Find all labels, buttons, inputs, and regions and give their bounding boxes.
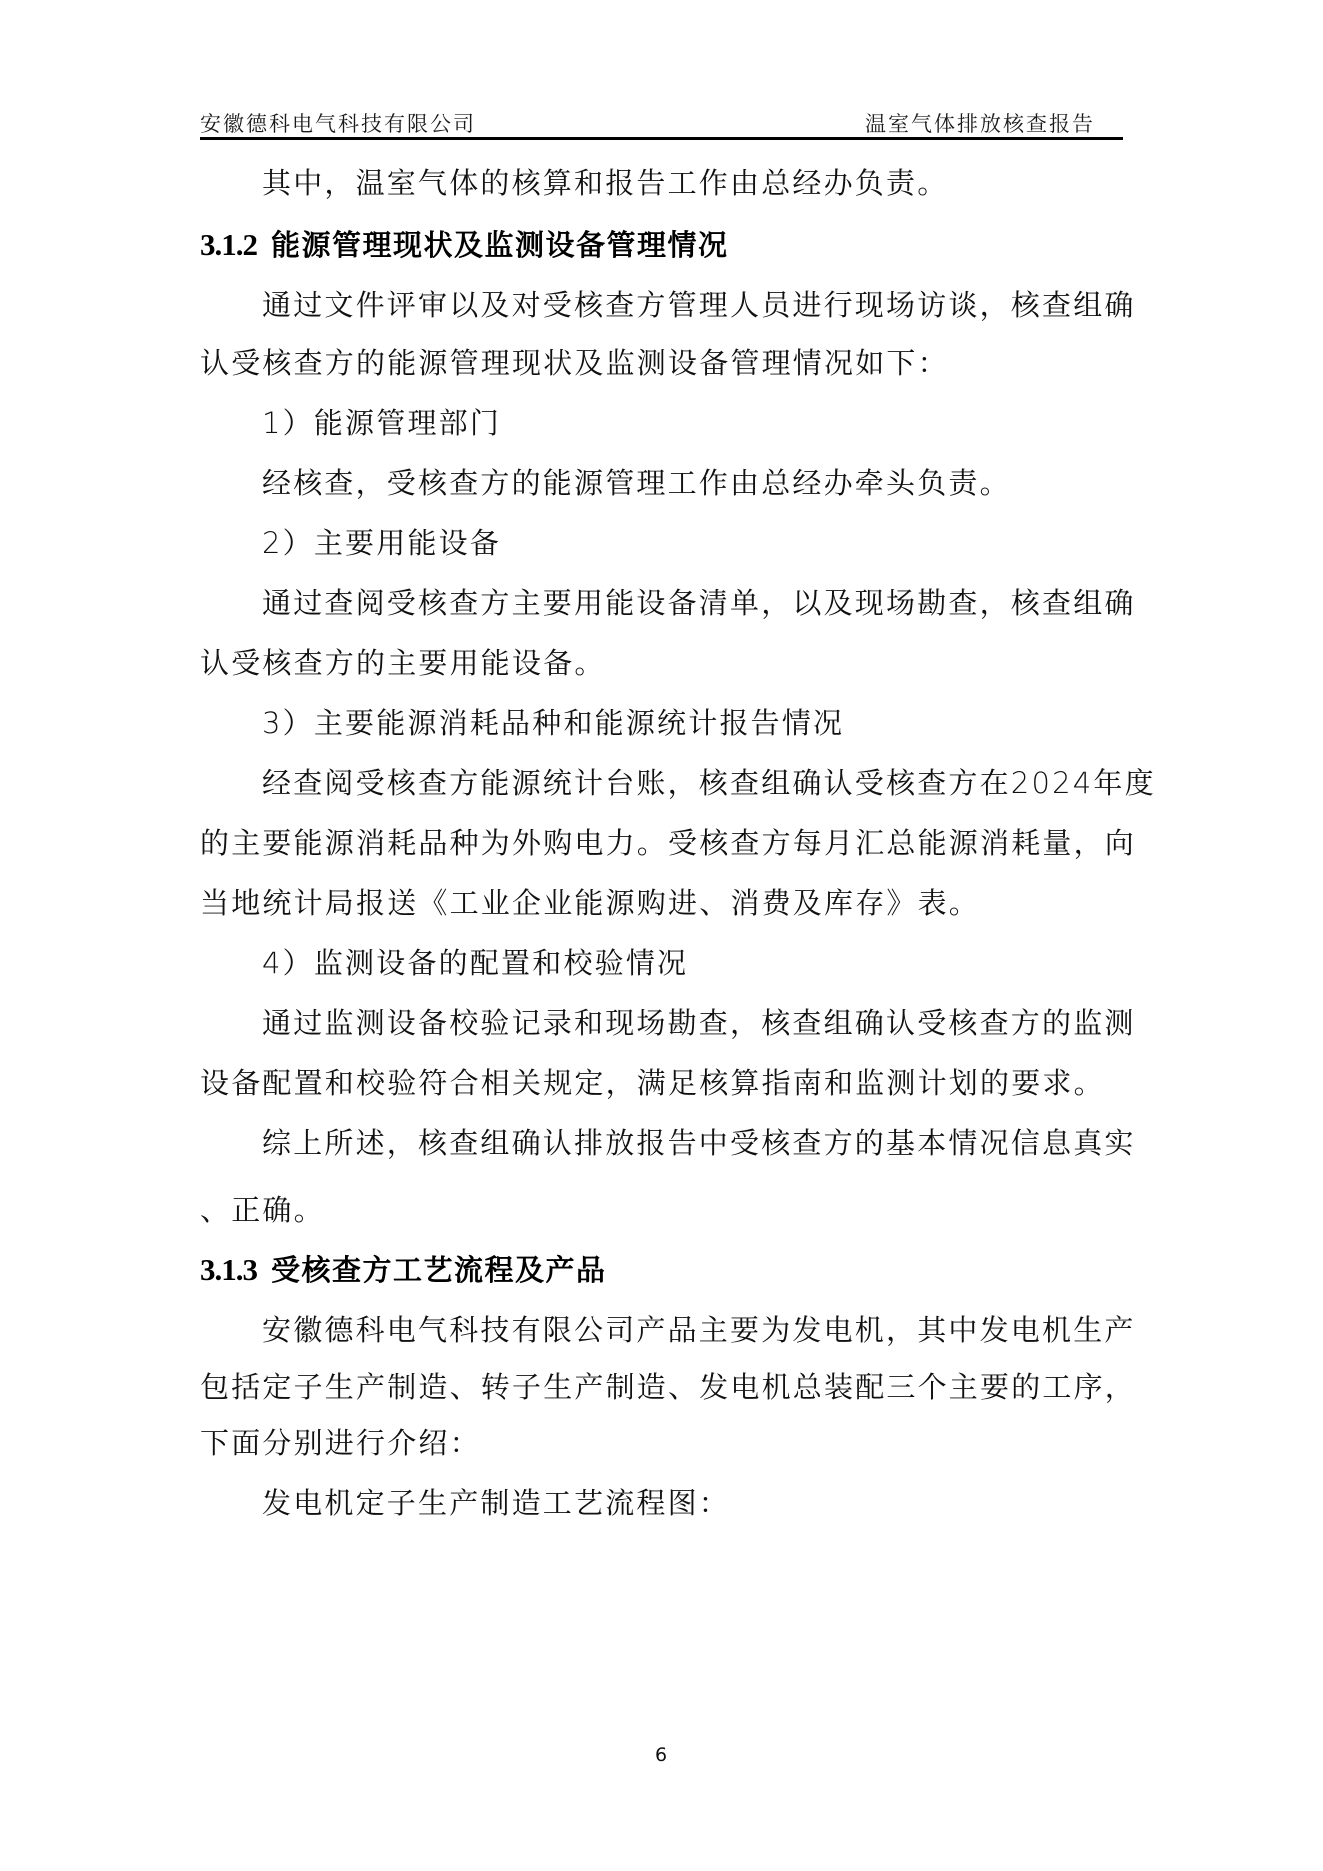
list-item-heading: 2）主要用能设备 bbox=[200, 523, 1123, 563]
section-title: 受核查方工艺流程及产品 bbox=[271, 1253, 607, 1287]
paragraph-line: 安徽德科电气科技有限公司产品主要为发电机，其中发电机生产 bbox=[200, 1310, 1123, 1350]
section-title: 能源管理现状及监测设备管理情况 bbox=[271, 228, 729, 262]
paragraph-line: 通过查阅受核查方主要用能设备清单，以及现场勘查，核查组确 bbox=[200, 583, 1123, 623]
paragraph-line: 其中，温室气体的核算和报告工作由总经办负责。 bbox=[200, 163, 1123, 203]
paragraph-line: 经核查，受核查方的能源管理工作由总经办牵头负责。 bbox=[200, 463, 1123, 503]
section-heading-3-1-2: 3.1.2能源管理现状及监测设备管理情况 bbox=[200, 225, 729, 265]
paragraph-line: 包括定子生产制造、转子生产制造、发电机总装配三个主要的工序， bbox=[200, 1367, 1123, 1407]
paragraph-line: 下面分别进行介绍： bbox=[200, 1423, 1123, 1463]
page-header: 安徽德科电气科技有限公司 温室气体排放核查报告 bbox=[200, 108, 1123, 138]
section-number: 3.1.3 bbox=[200, 1252, 257, 1287]
paragraph-line: 通过文件评审以及对受核查方管理人员进行现场访谈，核查组确 bbox=[200, 285, 1123, 325]
paragraph-line: 的主要能源消耗品种为外购电力。受核查方每月汇总能源消耗量，向 bbox=[200, 823, 1123, 863]
figure-caption-line: 发电机定子生产制造工艺流程图： bbox=[200, 1483, 1123, 1523]
list-item-heading: 3）主要能源消耗品种和能源统计报告情况 bbox=[200, 703, 1123, 743]
paragraph-line: 经查阅受核查方能源统计台账，核查组确认受核查方在2024年度 bbox=[200, 763, 1123, 803]
list-item-heading: 4）监测设备的配置和校验情况 bbox=[200, 943, 1123, 983]
paragraph-line: 通过监测设备校验记录和现场勘查，核查组确认受核查方的监测 bbox=[200, 1003, 1123, 1043]
paragraph-line: 认受核查方的能源管理现状及监测设备管理情况如下： bbox=[200, 343, 1123, 383]
list-item-heading: 1）能源管理部门 bbox=[200, 403, 1123, 443]
header-report-title: 温室气体排放核查报告 bbox=[865, 108, 1095, 138]
section-number: 3.1.2 bbox=[200, 227, 257, 262]
paragraph-line: 设备配置和校验符合相关规定，满足核算指南和监测计划的要求。 bbox=[200, 1063, 1123, 1103]
header-divider bbox=[200, 137, 1123, 140]
paragraph-line: 、正确。 bbox=[200, 1190, 1123, 1230]
paragraph-line: 认受核查方的主要用能设备。 bbox=[200, 643, 1123, 683]
section-heading-3-1-3: 3.1.3受核查方工艺流程及产品 bbox=[200, 1250, 607, 1290]
paragraph-line: 综上所述，核查组确认排放报告中受核查方的基本情况信息真实 bbox=[200, 1123, 1123, 1163]
page-number: 6 bbox=[651, 1744, 671, 1766]
header-company-name: 安徽德科电气科技有限公司 bbox=[200, 108, 476, 138]
paragraph-line: 当地统计局报送《工业企业能源购进、消费及库存》表。 bbox=[200, 883, 1123, 923]
